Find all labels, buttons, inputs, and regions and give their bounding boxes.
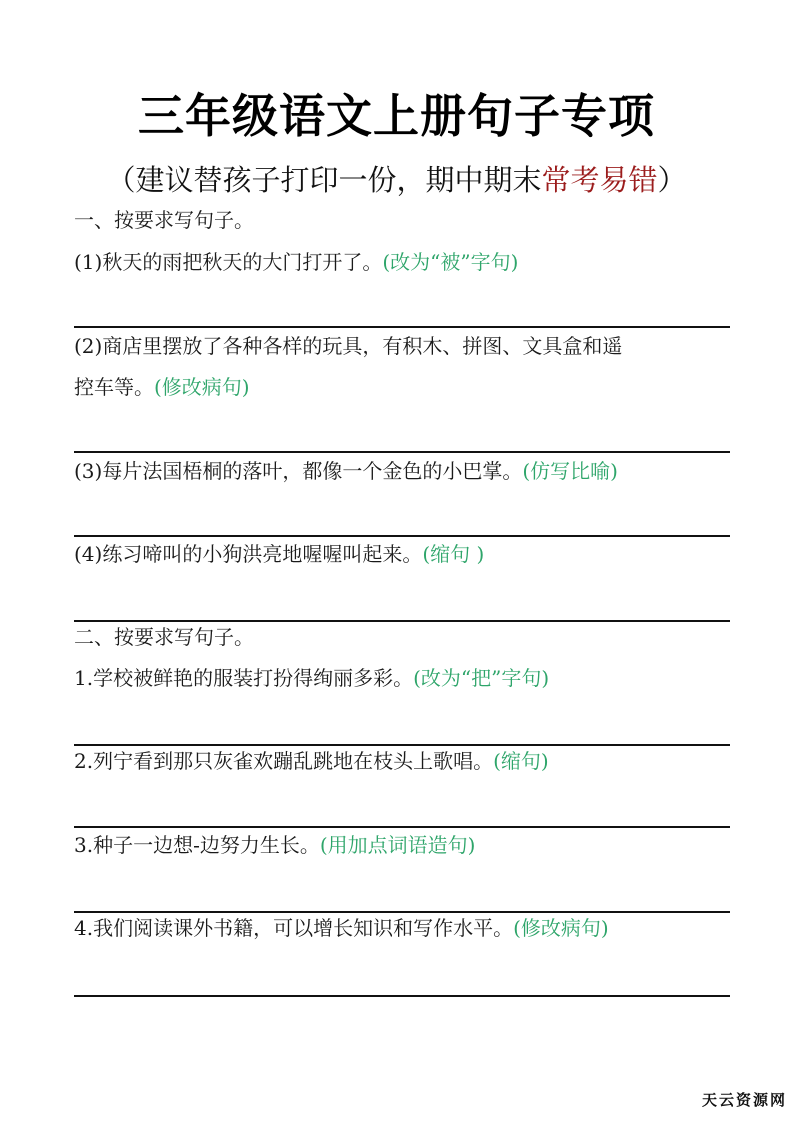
- question-number: 4.: [74, 916, 93, 940]
- question-instruction: (修改病句): [513, 916, 609, 940]
- subtitle-highlight: 常考易错: [541, 163, 657, 197]
- answer-line-1-2[interactable]: [74, 451, 730, 453]
- question-number: (1): [74, 250, 102, 274]
- question-1-4: (4)练习啼叫的小狗洪亮地喔喔叫起来。(缩句 ): [74, 539, 484, 569]
- question-text: 商店里摆放了各种各样的玩具，有积木、拼图、文具盒和遥: [102, 334, 622, 358]
- question-2-2: 2.列宁看到那只灰雀欢蹦乱跳地在枝头上歌唱。(缩句): [74, 746, 549, 776]
- page-subtitle: （建议替孩子打印一份，期中期末常考易错）: [0, 160, 793, 200]
- question-instruction: (改为“被”字句): [382, 250, 518, 274]
- question-text: 种子一边想-边努力生长。: [93, 833, 320, 857]
- answer-line-1-1[interactable]: [74, 326, 730, 328]
- subtitle-prefix: （建议替孩子打印一份，期中期末: [106, 163, 541, 197]
- question-2-4: 4.我们阅读课外书籍，可以增长知识和写作水平。(修改病句): [74, 913, 609, 943]
- subtitle-suffix: ）: [658, 163, 687, 197]
- question-instruction: (用加点词语造句): [320, 833, 476, 857]
- question-1-3: (3)每片法国梧桐的落叶，都像一个金色的小巴掌。(仿写比喻): [74, 456, 618, 486]
- question-number: 1.: [74, 666, 93, 690]
- question-instruction: (缩句): [493, 749, 549, 773]
- question-instruction: (缩句 ): [422, 542, 484, 566]
- question-text: 列宁看到那只灰雀欢蹦乱跳地在枝头上歌唱。: [93, 749, 493, 773]
- question-1-1: (1)秋天的雨把秋天的大门打开了。(改为“被”字句): [74, 247, 518, 277]
- answer-line-1-3[interactable]: [74, 535, 730, 537]
- question-1-2: (2)商店里摆放了各种各样的玩具，有积木、拼图、文具盒和遥: [74, 331, 622, 361]
- question-instruction: (仿写比喻): [522, 459, 618, 483]
- section-heading-2: 二、按要求写句子。: [74, 622, 254, 652]
- question-text: 练习啼叫的小狗洪亮地喔喔叫起来。: [102, 542, 422, 566]
- answer-line-2-4[interactable]: [74, 995, 730, 997]
- question-number: (2): [74, 334, 102, 358]
- question-number: (4): [74, 542, 102, 566]
- page-title: 三年级语文上册句子专项: [0, 88, 793, 144]
- answer-line-2-2[interactable]: [74, 826, 730, 828]
- question-text-cont: 控车等。: [74, 375, 154, 399]
- question-1-2-cont: 控车等。(修改病句): [74, 372, 250, 402]
- question-number: (3): [74, 459, 102, 483]
- question-text: 秋天的雨把秋天的大门打开了。: [102, 250, 382, 274]
- question-number: 2.: [74, 749, 93, 773]
- question-number: 3.: [74, 833, 93, 857]
- question-2-3: 3.种子一边想-边努力生长。(用加点词语造句): [74, 830, 475, 860]
- section-heading-1: 一、按要求写句子。: [74, 205, 254, 235]
- question-text: 学校被鲜艳的服装打扮得绚丽多彩。: [93, 666, 413, 690]
- question-text: 我们阅读课外书籍，可以增长知识和写作水平。: [93, 916, 513, 940]
- question-text: 每片法国梧桐的落叶，都像一个金色的小巴掌。: [102, 459, 522, 483]
- question-2-1: 1.学校被鲜艳的服装打扮得绚丽多彩。(改为“把”字句): [74, 663, 549, 693]
- watermark: 天云资源网: [702, 1089, 787, 1110]
- question-instruction: (修改病句): [154, 375, 250, 399]
- question-instruction: (改为“把”字句): [413, 666, 549, 690]
